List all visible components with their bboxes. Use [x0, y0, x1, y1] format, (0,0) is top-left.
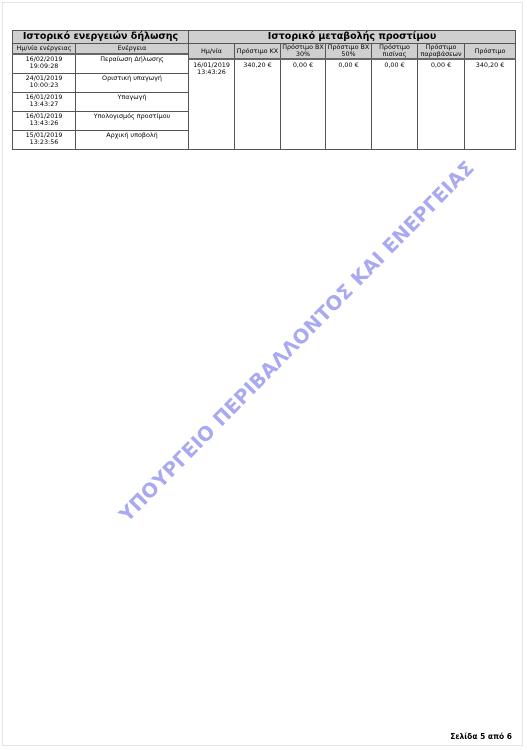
- actions-history-table: Ιστορικό ενεργειών δήλωσης Ημ/νία ενέργε…: [12, 30, 189, 150]
- column-header-fine-kx: Πρόστιμο ΚΧ: [235, 44, 281, 60]
- fine-kx-cell: 340,20 €: [235, 59, 281, 150]
- action-cell: Υπαγωγή: [76, 93, 189, 112]
- action-datetime-cell: 15/01/201913:23:56: [13, 131, 76, 150]
- action-cell: Αρχική υποβολή: [76, 131, 189, 150]
- table-row: 16/01/201913:43:27 Υπαγωγή: [13, 93, 189, 112]
- table-row: 24/01/201910:00:23 Οριστική υπαγωγή: [13, 74, 189, 93]
- action-datetime-cell: 16/01/201913:43:26: [13, 112, 76, 131]
- fine-history-title: Ιστορικό μεταβολής προστίμου: [189, 31, 516, 44]
- column-header-fine-pool: Πρόστιμο πισίνας: [372, 44, 418, 60]
- action-cell: Υπολογισμός προστίμου: [76, 112, 189, 131]
- column-header-action-date: Ημ/νία ενέργειας: [13, 44, 76, 55]
- table-row: 15/01/201913:23:56 Αρχική υποβολή: [13, 131, 189, 150]
- fine-bx30-cell: 0,00 €: [281, 59, 326, 150]
- column-header-action: Ενέργεια: [76, 44, 189, 55]
- action-datetime-cell: 16/01/201913:43:27: [13, 93, 76, 112]
- column-header-fine-bx30: Πρόστιμο ΒΧ 30%: [281, 44, 326, 60]
- fine-bx50-cell: 0,00 €: [326, 59, 372, 150]
- action-datetime-cell: 16/02/201919:09:28: [13, 54, 76, 74]
- table-row: 16/01/201913:43:26 340,20 € 0,00 € 0,00 …: [189, 59, 516, 150]
- action-time: 13:43:27: [30, 100, 59, 108]
- column-header-fine-violations: Πρόστιμο παραβάσεων: [418, 44, 465, 60]
- fine-history-table: Ιστορικό μεταβολής προστίμου Ημ/νία Πρόσ…: [188, 30, 516, 150]
- action-time: 13:43:26: [30, 119, 59, 127]
- page-number: Σελίδα 5 από 6: [450, 732, 512, 741]
- fine-violations-cell: 0,00 €: [418, 59, 465, 150]
- fine-datetime-cell: 16/01/201913:43:26: [189, 59, 235, 150]
- action-time: 19:09:28: [30, 62, 59, 70]
- actions-history-title: Ιστορικό ενεργειών δήλωσης: [13, 31, 189, 44]
- action-time: 10:00:23: [30, 81, 59, 89]
- action-time: 13:23:56: [30, 138, 59, 146]
- action-cell: Οριστική υπαγωγή: [76, 74, 189, 93]
- action-datetime-cell: 24/01/201910:00:23: [13, 74, 76, 93]
- column-header-fine-bx50: Πρόστιμο ΒΧ 50%: [326, 44, 372, 60]
- column-header-fine-total: Πρόστιμο: [465, 44, 516, 60]
- fine-time: 13:43:26: [197, 68, 226, 76]
- table-row: 16/02/201919:09:28 Περαίωση Δήλωσης: [13, 54, 189, 74]
- action-cell: Περαίωση Δήλωσης: [76, 54, 189, 74]
- fine-pool-cell: 0,00 €: [372, 59, 418, 150]
- column-header-date: Ημ/νία: [189, 44, 235, 60]
- table-row: 16/01/201913:43:26 Υπολογισμός προστίμου: [13, 112, 189, 131]
- fine-total-cell: 340,20 €: [465, 59, 516, 150]
